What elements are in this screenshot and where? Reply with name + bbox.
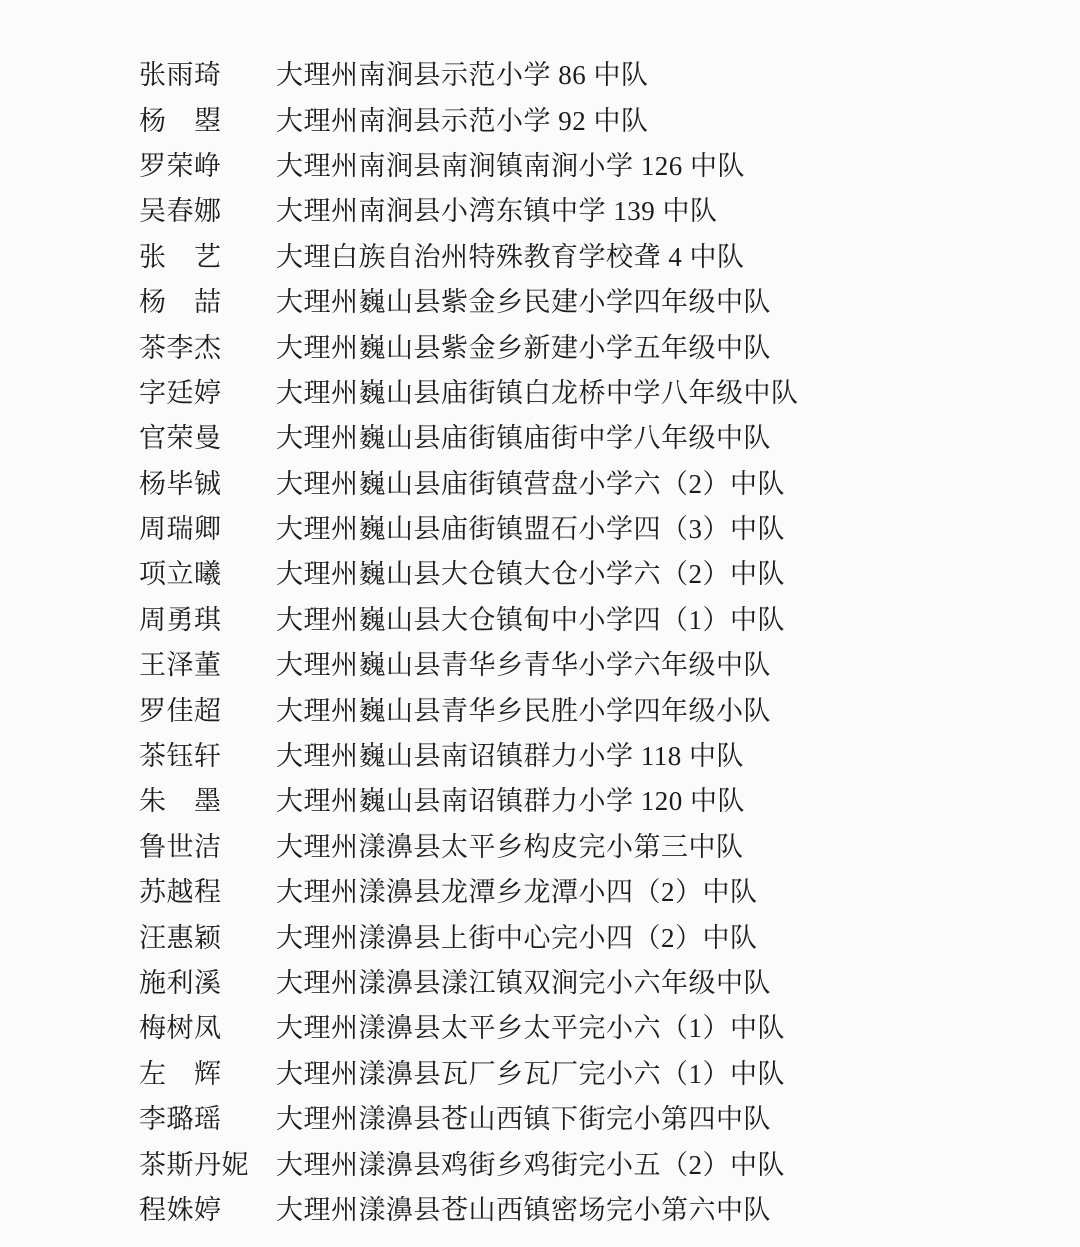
recipient-name: 字廷婷 (139, 380, 276, 407)
recipient-name: 李璐瑶 (139, 1106, 276, 1133)
unit-name: 大理州巍山县南诏镇群力小学 120 中队 (276, 788, 1080, 815)
recipient-name: 梅树凤 (139, 1015, 276, 1042)
unit-name: 大理州巍山县庙街镇庙街中学八年级中队 (276, 425, 1080, 452)
unit-name: 大理州南涧县示范小学 86 中队 (276, 62, 1080, 89)
recipient-name: 茶李杰 (139, 335, 276, 362)
unit-name: 大理州巍山县南诏镇群力小学 118 中队 (276, 743, 1080, 770)
list-row: 王泽董 大理州巍山县青华乡青华小学六年级中队 (0, 643, 1080, 688)
document-page: 张雨琦 大理州南涧县示范小学 86 中队 杨 曌 大理州南涧县示范小学 92 中… (0, 0, 1080, 1247)
award-list: 张雨琦 大理州南涧县示范小学 86 中队 杨 曌 大理州南涧县示范小学 92 中… (0, 53, 1080, 1233)
recipient-name: 朱 墨 (139, 788, 276, 815)
recipient-name: 杨 喆 (139, 289, 276, 316)
recipient-name: 杨 曌 (139, 108, 276, 135)
list-row: 左 辉 大理州漾濞县瓦厂乡瓦厂完小六（1）中队 (0, 1052, 1080, 1097)
unit-name: 大理州漾濞县瓦厂乡瓦厂完小六（1）中队 (276, 1061, 1080, 1088)
list-row: 朱 墨 大理州巍山县南诏镇群力小学 120 中队 (0, 779, 1080, 824)
recipient-name: 茶斯丹妮 (139, 1152, 276, 1179)
recipient-name: 张雨琦 (139, 62, 276, 89)
unit-name: 大理州漾濞县苍山西镇密场完小第六中队 (276, 1197, 1080, 1224)
list-row: 梅树凤 大理州漾濞县太平乡太平完小六（1）中队 (0, 1006, 1080, 1051)
list-row: 周勇琪 大理州巍山县大仓镇甸中小学四（1）中队 (0, 598, 1080, 643)
recipient-name: 程姝婷 (139, 1197, 276, 1224)
list-row: 字廷婷 大理州巍山县庙街镇白龙桥中学八年级中队 (0, 371, 1080, 416)
unit-name: 大理州巍山县庙街镇营盘小学六（2）中队 (276, 471, 1080, 498)
unit-name: 大理州巍山县紫金乡民建小学四年级中队 (276, 289, 1080, 316)
list-row: 张 艺 大理白族自治州特殊教育学校聋 4 中队 (0, 235, 1080, 280)
unit-name: 大理州漾濞县龙潭乡龙潭小四（2）中队 (276, 879, 1080, 906)
list-row: 茶李杰 大理州巍山县紫金乡新建小学五年级中队 (0, 325, 1080, 370)
list-row: 汪惠颖 大理州漾濞县上街中心完小四（2）中队 (0, 915, 1080, 960)
list-row: 项立曦 大理州巍山县大仓镇大仓小学六（2）中队 (0, 552, 1080, 597)
unit-name: 大理州巍山县青华乡青华小学六年级中队 (276, 652, 1080, 679)
unit-name: 大理州巍山县青华乡民胜小学四年级小队 (276, 698, 1080, 725)
list-row: 鲁世洁 大理州漾濞县太平乡构皮完小第三中队 (0, 825, 1080, 870)
unit-name: 大理州漾濞县鸡街乡鸡街完小五（2）中队 (276, 1152, 1080, 1179)
unit-name: 大理州南涧县南涧镇南涧小学 126 中队 (276, 153, 1080, 180)
unit-name: 大理州巍山县庙街镇盟石小学四（3）中队 (276, 516, 1080, 543)
list-row: 茶斯丹妮 大理州漾濞县鸡街乡鸡街完小五（2）中队 (0, 1142, 1080, 1187)
list-row: 罗荣峥 大理州南涧县南涧镇南涧小学 126 中队 (0, 144, 1080, 189)
unit-name: 大理州巍山县大仓镇大仓小学六（2）中队 (276, 561, 1080, 588)
recipient-name: 吴春娜 (139, 198, 276, 225)
unit-name: 大理白族自治州特殊教育学校聋 4 中队 (276, 244, 1080, 271)
unit-name: 大理州漾濞县上街中心完小四（2）中队 (276, 925, 1080, 952)
list-row: 罗佳超 大理州巍山县青华乡民胜小学四年级小队 (0, 688, 1080, 733)
recipient-name: 汪惠颖 (139, 925, 276, 952)
recipient-name: 杨毕铖 (139, 471, 276, 498)
list-row: 施利溪 大理州漾濞县漾江镇双涧完小六年级中队 (0, 961, 1080, 1006)
recipient-name: 罗佳超 (139, 698, 276, 725)
recipient-name: 施利溪 (139, 970, 276, 997)
list-row: 吴春娜 大理州南涧县小湾东镇中学 139 中队 (0, 189, 1080, 234)
recipient-name: 王泽董 (139, 652, 276, 679)
recipient-name: 项立曦 (139, 561, 276, 588)
recipient-name: 官荣曼 (139, 425, 276, 452)
list-row: 杨 曌 大理州南涧县示范小学 92 中队 (0, 98, 1080, 143)
unit-name: 大理州漾濞县太平乡太平完小六（1）中队 (276, 1015, 1080, 1042)
recipient-name: 苏越程 (139, 879, 276, 906)
recipient-name: 周瑞卿 (139, 516, 276, 543)
recipient-name: 鲁世洁 (139, 834, 276, 861)
list-row: 周瑞卿 大理州巍山县庙街镇盟石小学四（3）中队 (0, 507, 1080, 552)
recipient-name: 周勇琪 (139, 607, 276, 634)
unit-name: 大理州巍山县紫金乡新建小学五年级中队 (276, 335, 1080, 362)
unit-name: 大理州南涧县小湾东镇中学 139 中队 (276, 198, 1080, 225)
list-row: 茶钰轩 大理州巍山县南诏镇群力小学 118 中队 (0, 734, 1080, 779)
recipient-name: 左 辉 (139, 1061, 276, 1088)
list-row: 杨 喆 大理州巍山县紫金乡民建小学四年级中队 (0, 280, 1080, 325)
list-row: 李璐瑶 大理州漾濞县苍山西镇下街完小第四中队 (0, 1097, 1080, 1142)
list-row: 杨毕铖 大理州巍山县庙街镇营盘小学六（2）中队 (0, 462, 1080, 507)
list-row: 苏越程 大理州漾濞县龙潭乡龙潭小四（2）中队 (0, 870, 1080, 915)
unit-name: 大理州漾濞县漾江镇双涧完小六年级中队 (276, 970, 1080, 997)
unit-name: 大理州巍山县庙街镇白龙桥中学八年级中队 (276, 380, 1080, 407)
unit-name: 大理州南涧县示范小学 92 中队 (276, 108, 1080, 135)
unit-name: 大理州巍山县大仓镇甸中小学四（1）中队 (276, 607, 1080, 634)
recipient-name: 茶钰轩 (139, 743, 276, 770)
recipient-name: 罗荣峥 (139, 153, 276, 180)
list-row: 张雨琦 大理州南涧县示范小学 86 中队 (0, 53, 1080, 98)
recipient-name: 张 艺 (139, 244, 276, 271)
list-row: 程姝婷 大理州漾濞县苍山西镇密场完小第六中队 (0, 1188, 1080, 1233)
unit-name: 大理州漾濞县太平乡构皮完小第三中队 (276, 834, 1080, 861)
list-row: 官荣曼 大理州巍山县庙街镇庙街中学八年级中队 (0, 416, 1080, 461)
unit-name: 大理州漾濞县苍山西镇下街完小第四中队 (276, 1106, 1080, 1133)
